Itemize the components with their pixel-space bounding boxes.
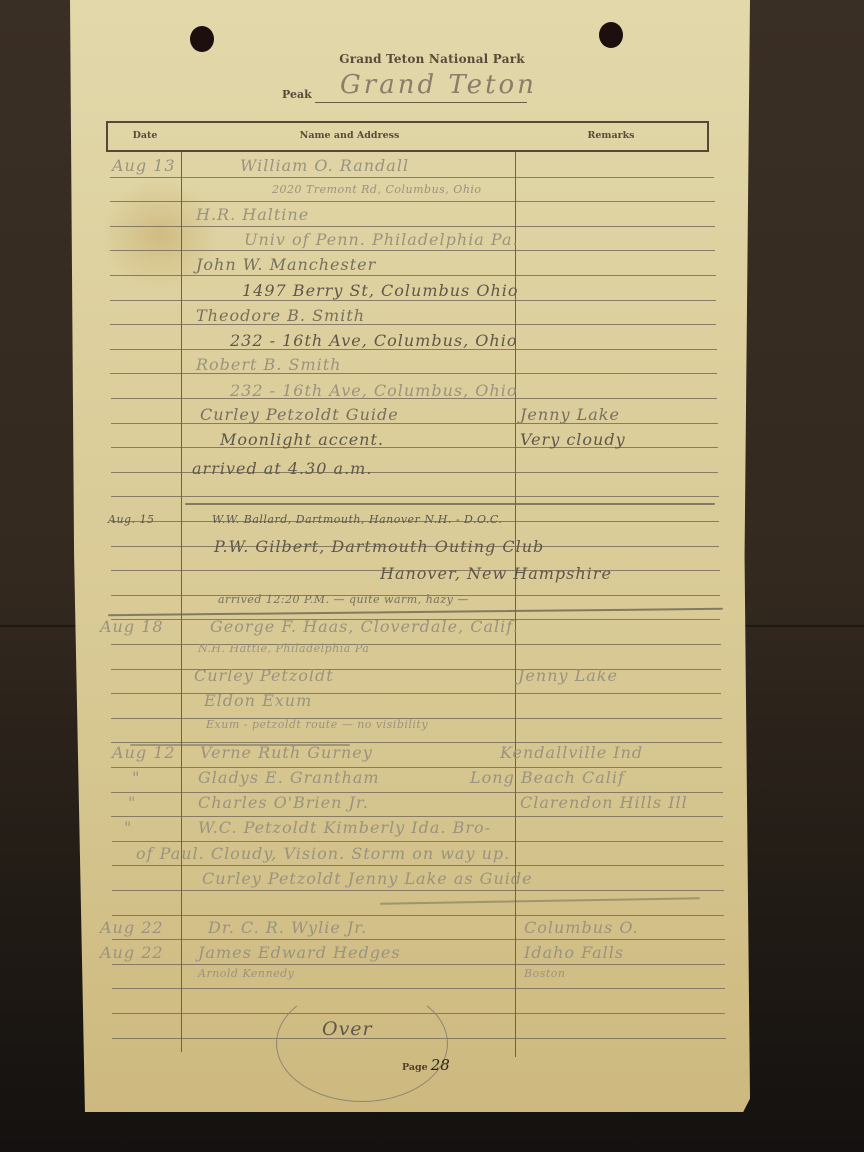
entry-name-address: P.W. Gilbert, Dartmouth Outing Club bbox=[214, 539, 544, 555]
entry-name-address: Exum - petzoldt route — no visibility bbox=[206, 719, 428, 730]
column-header-remarks: Remarks bbox=[516, 130, 706, 141]
peak-field: Peak Grand Teton bbox=[282, 70, 562, 104]
entry-name-address: Gladys E. Grantham bbox=[198, 770, 380, 786]
entry-name-address: 2020 Tremont Rd, Columbus, Ohio bbox=[272, 184, 482, 195]
entry-name-address: Verne Ruth Gurney bbox=[200, 745, 373, 761]
page-label: Page bbox=[402, 1062, 428, 1073]
peak-label: Peak bbox=[282, 88, 312, 101]
entry-date: " bbox=[132, 770, 140, 786]
entry-name-address: 1497 Berry St, Columbus Ohio bbox=[242, 283, 519, 299]
entry-date: Aug. 15 bbox=[108, 514, 155, 525]
ruled-line bbox=[112, 841, 724, 842]
entry-name-address: Univ of Penn. Philadelphia Pa. bbox=[244, 232, 519, 248]
ruled-line bbox=[111, 693, 721, 694]
entry-remarks: Boston bbox=[524, 968, 565, 979]
ruled-line bbox=[110, 300, 716, 301]
entry-name-address: arrived at 4.30 a.m. bbox=[192, 461, 372, 477]
column-header-name: Name and Address bbox=[183, 130, 516, 141]
entry-name-address: Theodore B. Smith bbox=[196, 308, 365, 324]
entry-date: " bbox=[124, 820, 132, 836]
entry-name-address: arrived 12:20 P.M. — quite warm, hazy — bbox=[218, 594, 469, 605]
entry-date: " bbox=[128, 795, 136, 811]
entry-name-address: Dr. C. R. Wylie Jr. bbox=[208, 920, 367, 936]
entry-name-address: Hanover, New Hampshire bbox=[380, 566, 612, 582]
entry-name-address: 232 - 16th Ave, Columbus, Ohio bbox=[230, 383, 517, 399]
ruled-line bbox=[110, 201, 715, 202]
punch-hole-right bbox=[599, 22, 623, 48]
entry-date: Aug 22 bbox=[100, 945, 164, 961]
ruled-line bbox=[112, 915, 725, 916]
entry-date: Aug 12 bbox=[112, 745, 176, 761]
entry-name-address: Robert B. Smith bbox=[196, 357, 341, 373]
ruled-line bbox=[110, 226, 715, 227]
entry-name-address: W.W. Ballard, Dartmouth, Hanover N.H. - … bbox=[212, 514, 502, 525]
punch-hole-left bbox=[190, 26, 214, 52]
ruled-line bbox=[112, 988, 725, 989]
entry-remarks: Long Beach Calif bbox=[470, 770, 625, 786]
ruled-line bbox=[111, 816, 722, 817]
entry-name-address: William O. Randall bbox=[240, 158, 409, 174]
entry-name-address: N.H. Hattie, Philadelphia Pa bbox=[198, 643, 369, 654]
entry-name-address: Curley Petzoldt bbox=[194, 668, 334, 684]
entry-name-address: Curley Petzoldt Jenny Lake as Guide bbox=[202, 871, 533, 887]
entry-name-address: Arnold Kennedy bbox=[198, 968, 294, 979]
over-circle-mark bbox=[276, 985, 448, 1102]
ruled-line bbox=[110, 250, 715, 251]
page-number: 28 bbox=[431, 1056, 450, 1074]
ruled-line bbox=[111, 447, 718, 448]
entry-divider bbox=[185, 503, 715, 505]
ruled-line bbox=[110, 275, 715, 276]
entry-name-address: Charles O'Brien Jr. bbox=[198, 795, 369, 811]
entry-date: Aug 22 bbox=[100, 920, 164, 936]
entry-remarks: Columbus O. bbox=[524, 920, 639, 936]
entry-date: Aug 13 bbox=[112, 158, 176, 174]
peak-value: Grand Teton bbox=[340, 70, 537, 100]
entry-name-address: W.C. Petzoldt Kimberly Ida. Bro- bbox=[198, 820, 491, 836]
entry-date: Aug 18 bbox=[100, 619, 164, 635]
entry-remarks: Kendallville Ind bbox=[500, 745, 643, 761]
page-footer: Page28 bbox=[402, 1056, 450, 1074]
entry-name-address: Moonlight accent. bbox=[220, 432, 384, 448]
ruled-line bbox=[112, 865, 724, 866]
entry-remarks: Idaho Falls bbox=[524, 945, 624, 961]
entry-remarks: Clarendon Hills Ill bbox=[520, 795, 688, 811]
ruled-line bbox=[112, 964, 725, 965]
entry-name-address: of Paul. Cloudy, Vision. Storm on way up… bbox=[136, 846, 510, 862]
entry-name-address: Eldon Exum bbox=[204, 693, 312, 709]
table-header: Date Name and Address Remarks bbox=[106, 121, 709, 152]
column-header-date: Date bbox=[108, 130, 182, 141]
entry-name-address: George F. Haas, Cloverdale, Calif. bbox=[210, 619, 519, 635]
date-column-rule bbox=[181, 152, 182, 1052]
entry-name-address: H.R. Haltine bbox=[196, 207, 309, 223]
ruled-line bbox=[112, 890, 724, 891]
ruled-line bbox=[112, 939, 725, 940]
entry-name-address: Curley Petzoldt Guide bbox=[200, 407, 399, 423]
entry-remarks: Very cloudy bbox=[520, 432, 626, 448]
entry-name-address: John W. Manchester bbox=[196, 257, 376, 273]
ruled-line bbox=[110, 177, 714, 178]
peak-underline bbox=[315, 102, 527, 103]
entry-name-address: 232 - 16th Ave, Columbus, Ohio bbox=[230, 333, 517, 349]
entry-remarks: Jenny Lake bbox=[518, 668, 618, 684]
over-annotation: Over bbox=[322, 1020, 373, 1039]
park-title: Grand Teton National Park bbox=[0, 52, 864, 66]
entry-name-address: James Edward Hedges bbox=[198, 945, 401, 961]
entry-remarks: Jenny Lake bbox=[520, 407, 620, 423]
ruled-line bbox=[111, 496, 719, 497]
entry-divider bbox=[130, 744, 350, 746]
